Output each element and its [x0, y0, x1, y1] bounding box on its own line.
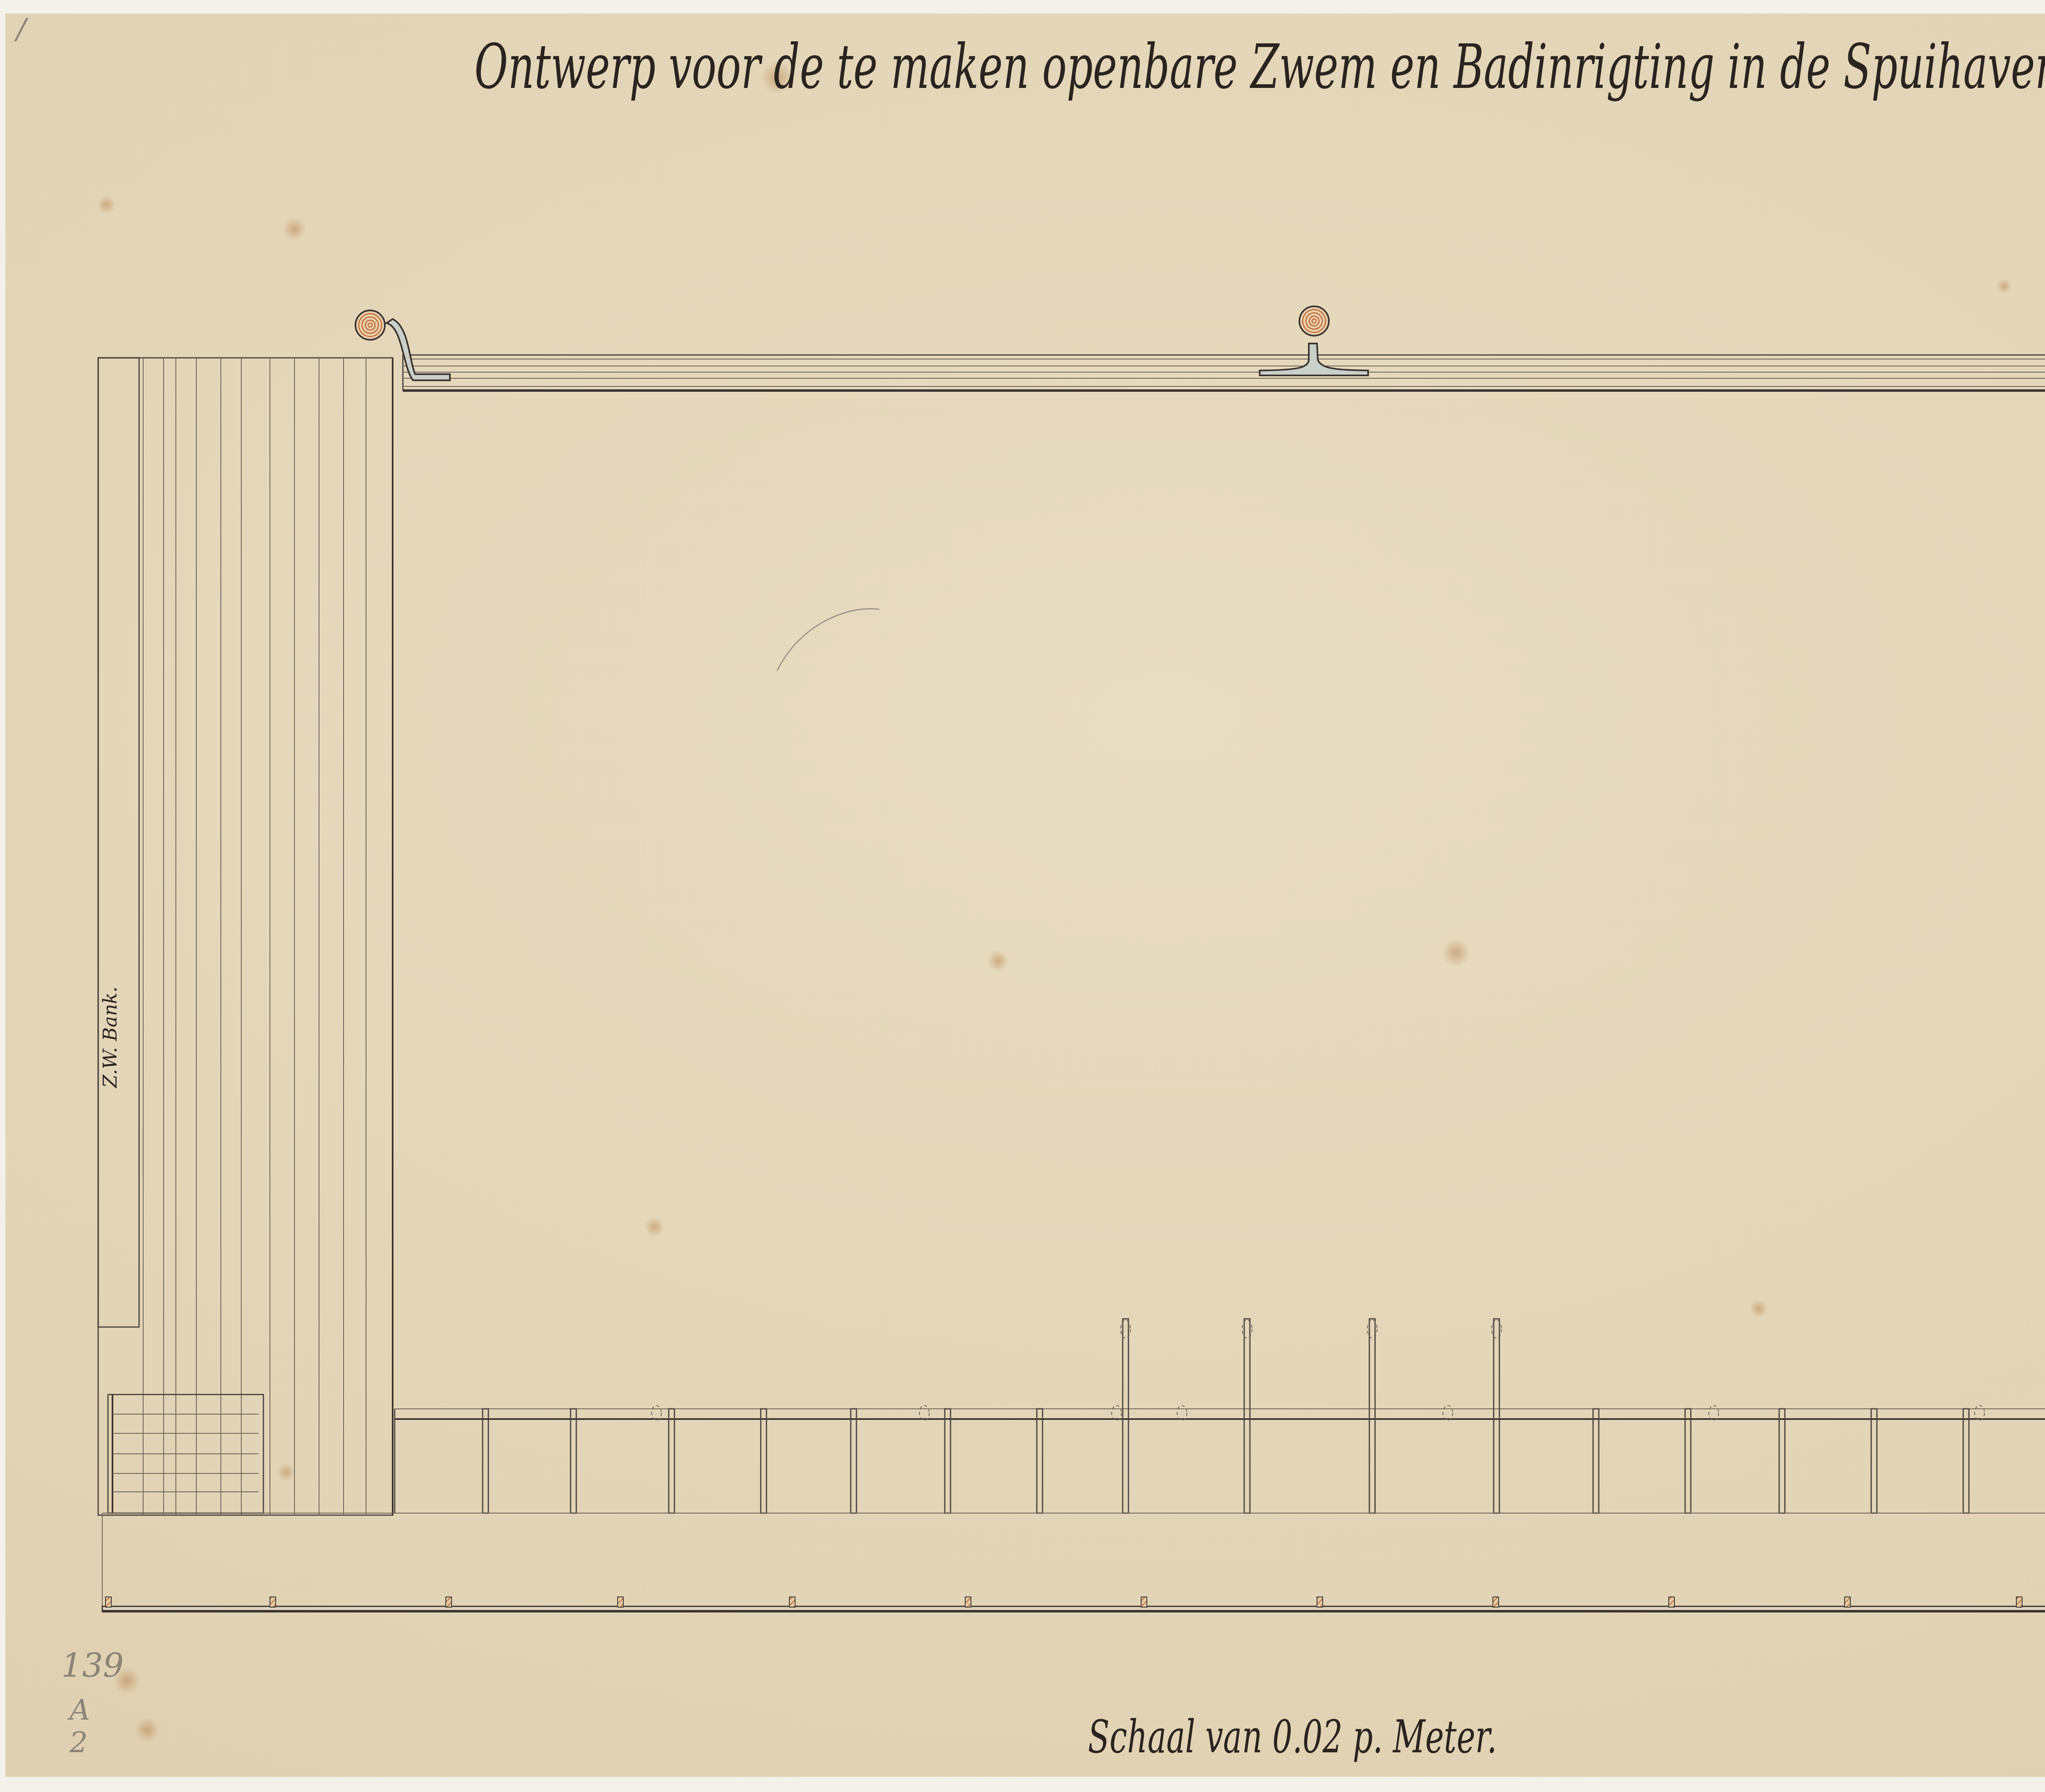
pencil-note-letter: A [67, 1693, 90, 1727]
base-beam [102, 1513, 2045, 1611]
stair-block [108, 1395, 263, 1513]
base-piles [106, 1595, 2045, 1607]
corner-mark: / [14, 12, 29, 46]
railing-posts [483, 1319, 2045, 1513]
bench [98, 358, 139, 1327]
left-deck-planks [98, 358, 393, 1515]
technical-drawing: Doorsnede over de Drijfbalk. Ontwerp voo… [0, 0, 2045, 1792]
mooring-pile-center [1260, 306, 1368, 375]
pencil-note-digit: 2 [69, 1726, 88, 1759]
floating-beam-top [403, 355, 2045, 391]
pencil-sketch-mark [777, 609, 879, 671]
bottom-railing [395, 1319, 2045, 1513]
bank-label: Z.W. Bank. [99, 986, 121, 1089]
drawing-title: Ontwerp voor de te maken openbare Zwem e… [474, 31, 2045, 103]
pencil-note-number: 139 [61, 1646, 124, 1684]
foxing-stains [97, 61, 2045, 1742]
scale-note: Schaal van 0.02 p. Meter. [1088, 1711, 1497, 1763]
